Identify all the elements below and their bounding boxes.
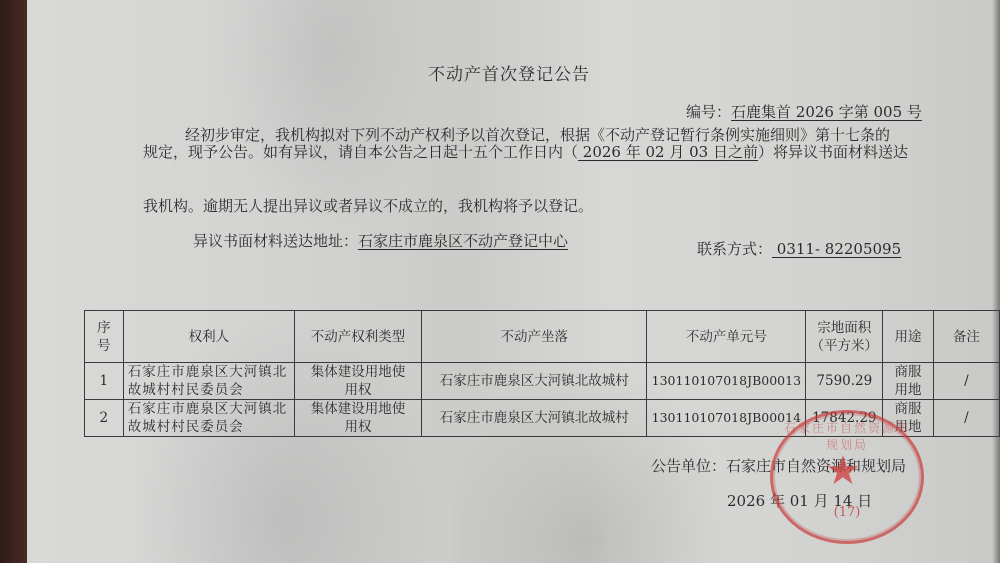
cell-right-type: 集体建设用地使 用权 [295, 400, 422, 437]
cell-right-type-line-2: 用权 [299, 381, 417, 399]
cell-location: 石家庄市鹿泉区大河镇北故城村 [422, 400, 647, 437]
cell-use-line-2: 用地 [887, 418, 928, 436]
registration-table: 序 号 权利人 不动产权利类型 不动产坐落 不动产单元号 宗地面积 （平方米） … [84, 310, 1000, 437]
header-area-line-2: （平方米） [810, 337, 878, 355]
issuer-label: 公告单位： [651, 457, 726, 475]
objection-address: 异议书面材料送达地址：石家庄市鹿泉区不动产登记中心 [193, 230, 568, 251]
cell-owner: 石家庄市鹿泉区大河镇北 故城村村民委员会 [123, 400, 294, 437]
cell-use: 商服 用地 [883, 363, 933, 400]
cell-owner-line-1: 石家庄市鹿泉区大河镇北 [128, 400, 290, 418]
cell-unit-number: 130110107018JB00013 [647, 363, 806, 400]
header-note: 备注 [933, 311, 999, 363]
table-row: 1 石家庄市鹿泉区大河镇北 故城村村民委员会 集体建设用地使 用权 石家庄市鹿泉… [85, 363, 1000, 400]
cell-use-line-2: 用地 [887, 381, 928, 399]
objection-deadline: 2026 年 02 月 03 日之前 [578, 143, 758, 161]
header-location: 不动产坐落 [422, 311, 647, 363]
paragraph-line-2-suffix: ）将异议书面材料送达 [758, 143, 908, 161]
header-seq-line-1: 序 [89, 319, 119, 337]
paragraph-line-2: 规定，现予公告。如有异议，请自本公告之日起十五个工作日内（ 2026 年 02 … [143, 141, 908, 162]
cell-owner-line-2: 故城村村民委员会 [128, 381, 290, 399]
cell-owner-line-1: 石家庄市鹿泉区大河镇北 [128, 363, 290, 381]
cell-right-type-line-1: 集体建设用地使 [299, 363, 417, 381]
document-number-label: 编号： [686, 103, 731, 121]
paragraph-line-3: 我机构。逾期无人提出异议或者异议不成立的，我机构将予以登记。 [143, 195, 593, 216]
issuer: 公告单位：石家庄市自然资源和规划局 [651, 455, 906, 476]
cell-use-line-1: 商服 [887, 363, 928, 381]
header-unit-number: 不动产单元号 [647, 311, 806, 363]
contact-info: 联系方式： 0311- 82205095 [697, 238, 901, 259]
cell-note: / [933, 400, 999, 437]
desk-background [0, 0, 28, 563]
cell-right-type: 集体建设用地使 用权 [295, 363, 422, 400]
cell-location: 石家庄市鹿泉区大河镇北故城村 [422, 363, 647, 400]
issuer-value: 石家庄市自然资源和规划局 [726, 457, 906, 475]
document-title: 不动产首次登记公告 [428, 60, 590, 85]
contact-label: 联系方式： [697, 240, 772, 258]
objection-address-value: 石家庄市鹿泉区不动产登记中心 [358, 232, 568, 250]
document-number-value: 石鹿集首 2026 字第 005 号 [731, 103, 922, 121]
document-number: 编号：石鹿集首 2026 字第 005 号 [686, 101, 922, 122]
cell-owner-line-2: 故城村村民委员会 [128, 418, 290, 436]
header-area-line-1: 宗地面积 [810, 319, 878, 337]
cell-area: 17842.29 [806, 400, 883, 437]
header-right-type: 不动产权利类型 [295, 311, 422, 363]
cell-note: / [933, 363, 999, 400]
header-seq: 序 号 [85, 311, 124, 363]
objection-address-label: 异议书面材料送达地址： [193, 232, 358, 250]
cell-owner: 石家庄市鹿泉区大河镇北 故城村村民委员会 [123, 363, 294, 400]
cell-seq: 1 [85, 363, 124, 400]
paper-edge-shadow [992, 0, 1000, 563]
contact-phone: 0311- 82205095 [772, 240, 901, 258]
cell-right-type-line-2: 用权 [299, 418, 417, 436]
header-area: 宗地面积 （平方米） [806, 311, 883, 363]
header-owner: 权利人 [123, 311, 294, 363]
table-header-row: 序 号 权利人 不动产权利类型 不动产坐落 不动产单元号 宗地面积 （平方米） … [85, 311, 1000, 363]
issue-date: 2026 年 01 月 14 日 [727, 490, 872, 511]
table-row: 2 石家庄市鹿泉区大河镇北 故城村村民委员会 集体建设用地使 用权 石家庄市鹿泉… [85, 400, 1000, 437]
cell-use-line-1: 商服 [887, 400, 928, 418]
cell-area: 7590.29 [806, 363, 883, 400]
header-use: 用途 [883, 311, 933, 363]
cell-unit-number: 130110107018JB00014 [647, 400, 806, 437]
paragraph-line-2-prefix: 规定，现予公告。如有异议，请自本公告之日起十五个工作日内（ [143, 143, 578, 161]
cell-right-type-line-1: 集体建设用地使 [299, 400, 417, 418]
cell-seq: 2 [85, 400, 124, 437]
header-seq-line-2: 号 [89, 337, 119, 355]
cell-use: 商服 用地 [883, 400, 933, 437]
